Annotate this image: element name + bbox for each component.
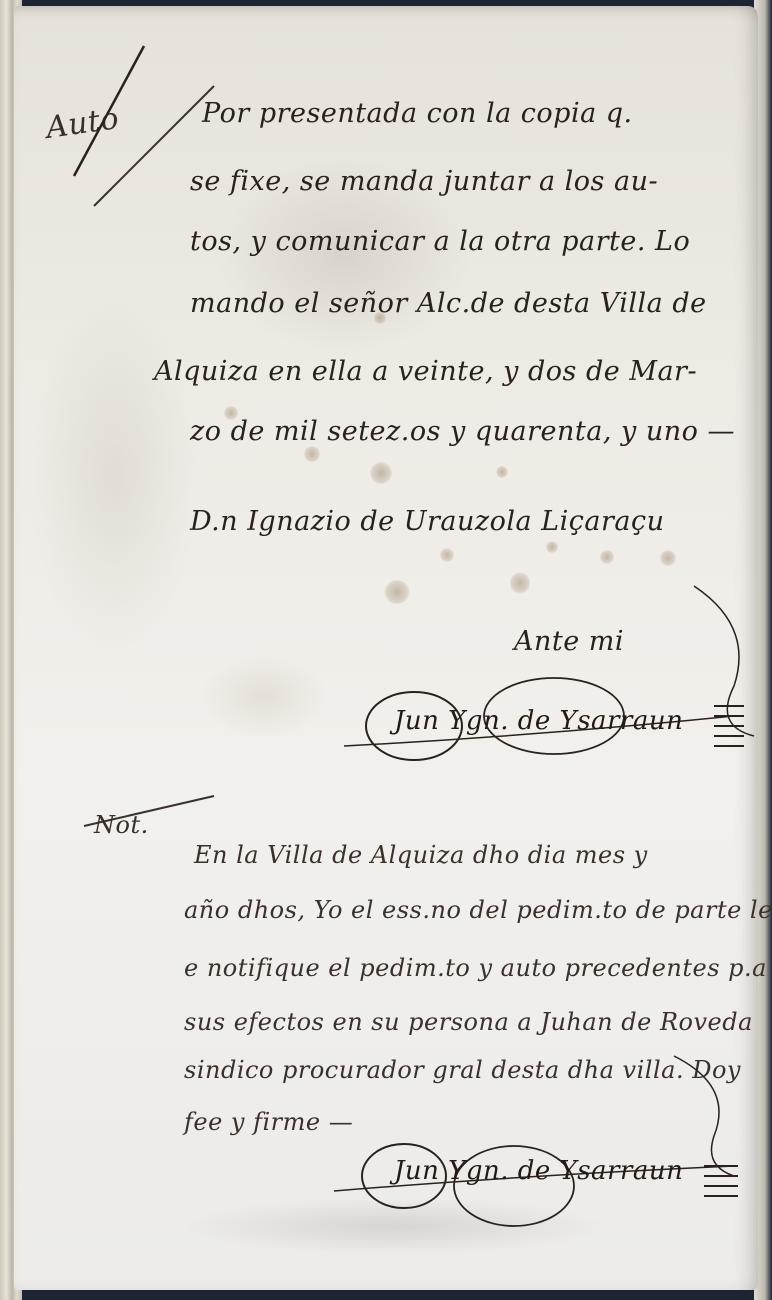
signature-2: Jun Ygn. de Ysarraun xyxy=(394,1156,683,1186)
signature-flourish-2 xyxy=(14,6,758,1290)
manuscript-page: Auto Por presentada con la copia q. se f… xyxy=(14,6,758,1290)
